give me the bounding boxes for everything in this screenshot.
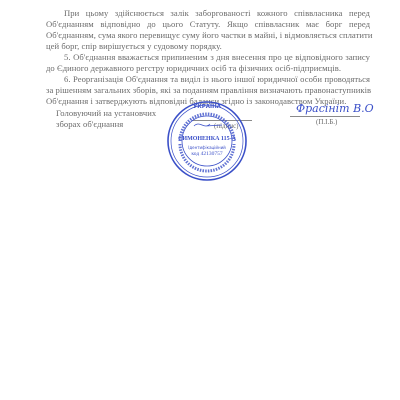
stamp-top-text: УКРАЇНА bbox=[166, 104, 248, 110]
stamp-center-name: СИМОНЕНКА 115-А bbox=[166, 136, 248, 142]
stamp-center-sub: Ідентифікаційний bbox=[166, 145, 248, 150]
paragraph-5-line-2: до Єдиного державного регстру юридичних … bbox=[46, 63, 341, 73]
name-caption: (П.І.Б.) bbox=[316, 118, 337, 126]
stamp-code: код 42130757 bbox=[166, 151, 248, 157]
paragraph-1-line-2: Об'єднанням відповідно до цього Статуту.… bbox=[46, 19, 370, 29]
chairperson-label-line-1: Головуючий на установчих bbox=[56, 108, 156, 118]
name-line bbox=[290, 116, 360, 117]
handwritten-name: Фрасініт В.О bbox=[296, 102, 374, 115]
paragraph-6-line-2: за рішенням загальних зборів, які за под… bbox=[46, 85, 370, 95]
paragraph-1-line-4: цей борг, спір вирішується у судовому по… bbox=[46, 41, 222, 51]
paragraph-1-line-1: При цьому здійснюється залік заборговано… bbox=[64, 8, 370, 18]
paragraph-5-line-1: 5. Об'єднання вважається припиненим з дн… bbox=[64, 52, 370, 62]
official-stamp: УКРАЇНА СИМОНЕНКА 115-А Ідентифікаційний… bbox=[166, 100, 248, 182]
paragraph-6-line-1: 6. Реорганізація Об'єднання та виділ із … bbox=[64, 74, 370, 84]
paragraph-1-line-3: Об'єднанням, сума якого перевищує суму й… bbox=[46, 30, 370, 40]
chairperson-label-line-2: зборах об'єднання bbox=[56, 119, 123, 129]
